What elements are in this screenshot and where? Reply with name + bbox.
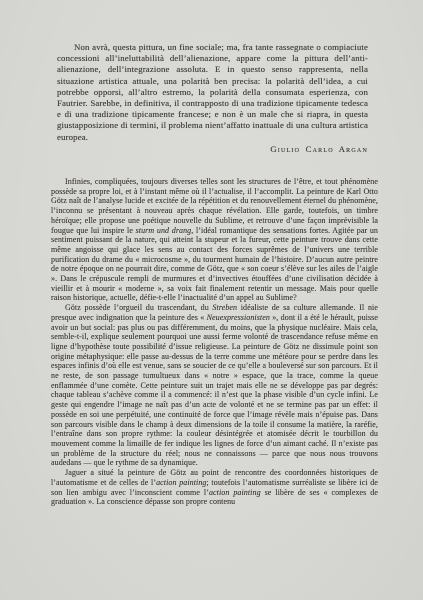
italic-text-run: action painting <box>156 478 206 487</box>
author-signature: Giulio Carlo Argan <box>57 144 368 154</box>
scanned-book-page: Non avrà, questa pittura, un fine social… <box>0 0 423 600</box>
intro-quote-italian: Non avrà, questa pittura, un fine social… <box>57 42 368 143</box>
paragraph: Jaguer a situé la peinture de Götz au po… <box>51 468 378 507</box>
italic-text-run: action painting <box>209 488 261 497</box>
text-run: », dont il a été le hérault, puisse avoi… <box>51 313 378 468</box>
italic-text-run: Neuexpressionisten <box>207 313 270 322</box>
text-run: Götz possède l’orgueil du trascendant, d… <box>65 303 212 312</box>
italic-text-run: Streben <box>212 303 237 312</box>
paragraph: Infinies, compliquées, toujours diverses… <box>51 177 378 303</box>
body-text-french: Infinies, compliquées, toujours diverses… <box>51 177 378 507</box>
paragraph: Götz possède l’orgueil du trascendant, d… <box>51 303 378 468</box>
text-run: , l’idéal romantique des sensations fort… <box>51 226 378 303</box>
italic-text-run: sturm und drang <box>136 226 192 235</box>
